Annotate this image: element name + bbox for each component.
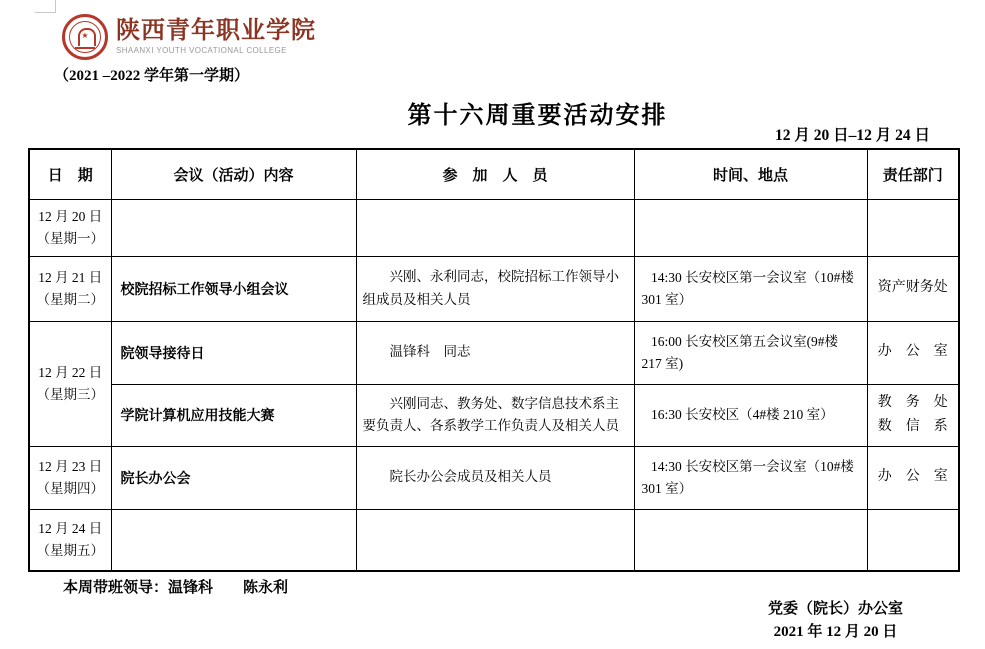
content-cell xyxy=(111,199,356,256)
col-header-content: 会议（活动）内容 xyxy=(111,149,356,199)
seal-star-icon: ★ xyxy=(65,32,105,40)
college-name-block: 陕西青年职业学院 SHAANXI YOUTH VOCATIONAL COLLEG… xyxy=(116,14,316,56)
col-header-time-place: 时间、地点 xyxy=(634,149,867,199)
content-cell: 校院招标工作领导小组会议 xyxy=(111,256,356,321)
page-title: 第十六周重要活动安排 xyxy=(408,95,668,130)
participants-cell: 兴刚、永利同志，校院招标工作领导小组成员及相关人员 xyxy=(356,256,634,321)
time-place-cell: 16:00 长安校区第五会议室(9#楼 217 室) xyxy=(634,321,867,384)
content-cell: 学院计算机应用技能大赛 xyxy=(111,384,356,446)
time-place-cell xyxy=(634,199,867,256)
table-header-row: 日 期 会议（活动）内容 参 加 人 员 时间、地点 责任部门 xyxy=(29,149,959,199)
table-row-fri: 12 月 24 日 （星期五） xyxy=(29,509,959,571)
department-cell: 办 公 室 xyxy=(867,321,959,384)
department-cell: 教 务 处 数 信 系 xyxy=(867,384,959,446)
participants-cell xyxy=(356,509,634,571)
signature-block: 党委（院长）办公室 2021 年 12 月 20 日 xyxy=(768,598,903,645)
time-place-cell: 14:30 长安校区第一会议室（10#楼 301 室） xyxy=(634,256,867,321)
table-row-wed-2: 学院计算机应用技能大赛 兴刚同志、教务处、数字信息技术系主要负责人、各系教学工作… xyxy=(29,384,959,446)
schedule-table: 日 期 会议（活动）内容 参 加 人 员 时间、地点 责任部门 12 月 20 … xyxy=(28,148,960,572)
duty-leaders: 本周带班领导：温锋科 陈永利 xyxy=(63,576,288,597)
participants-cell: 温锋科 同志 xyxy=(356,321,634,384)
college-name-en: SHAANXI YOUTH VOCATIONAL COLLEGE xyxy=(116,46,316,56)
time-place-cell: 16:30 长安校区（4#楼 210 室） xyxy=(634,384,867,446)
time-place-cell xyxy=(634,509,867,571)
col-header-participants: 参 加 人 员 xyxy=(356,149,634,199)
issue-date: 2021 年 12 月 20 日 xyxy=(768,621,903,644)
date-cell: 12 月 22 日 （星期三） xyxy=(29,321,111,446)
content-cell: 院长办公会 xyxy=(111,446,356,509)
table-row-thu: 12 月 23 日 （星期四） 院长办公会 院长办公会成员及相关人员 14:30… xyxy=(29,446,959,509)
col-header-date: 日 期 xyxy=(29,149,111,199)
department-cell xyxy=(867,199,959,256)
department-cell: 资产财务处 xyxy=(867,256,959,321)
table-row-tue: 12 月 21 日 （星期二） 校院招标工作领导小组会议 兴刚、永利同志，校院招… xyxy=(29,256,959,321)
document-page: ★ 陕西青年职业学院 SHAANXI YOUTH VOCATIONAL COLL… xyxy=(0,0,985,649)
participants-cell: 兴刚同志、教务处、数字信息技术系主要负责人、各系教学工作负责人及相关人员 xyxy=(356,384,634,446)
col-header-department: 责任部门 xyxy=(867,149,959,199)
date-cell: 12 月 21 日 （星期二） xyxy=(29,256,111,321)
content-cell xyxy=(111,509,356,571)
issuing-office: 党委（院长）办公室 xyxy=(768,598,903,621)
time-place-cell: 14:30 长安校区第一会议室（10#楼 301 室） xyxy=(634,446,867,509)
table-row-mon: 12 月 20 日 （星期一） xyxy=(29,199,959,256)
table-anchor-mark xyxy=(35,0,56,13)
date-cell: 12 月 24 日 （星期五） xyxy=(29,509,111,571)
department-cell xyxy=(867,509,959,571)
college-name-zh: 陕西青年职业学院 xyxy=(116,16,316,46)
seal-base xyxy=(75,47,95,49)
date-cell: 12 月 23 日 （星期四） xyxy=(29,446,111,509)
department-cell: 办 公 室 xyxy=(867,446,959,509)
college-seal-icon: ★ xyxy=(62,14,108,60)
participants-cell xyxy=(356,199,634,256)
college-logo: ★ 陕西青年职业学院 SHAANXI YOUTH VOCATIONAL COLL… xyxy=(62,14,316,60)
date-cell: 12 月 20 日 （星期一） xyxy=(29,199,111,256)
participants-cell: 院长办公会成员及相关人员 xyxy=(356,446,634,509)
week-date-range: 12 月 20 日–12 月 24 日 xyxy=(775,123,930,145)
content-cell: 院领导接待日 xyxy=(111,321,356,384)
semester-label: （2021 –2022 学年第一学期） xyxy=(54,64,249,85)
table-row-wed-1: 12 月 22 日 （星期三） 院领导接待日 温锋科 同志 16:00 长安校区… xyxy=(29,321,959,384)
